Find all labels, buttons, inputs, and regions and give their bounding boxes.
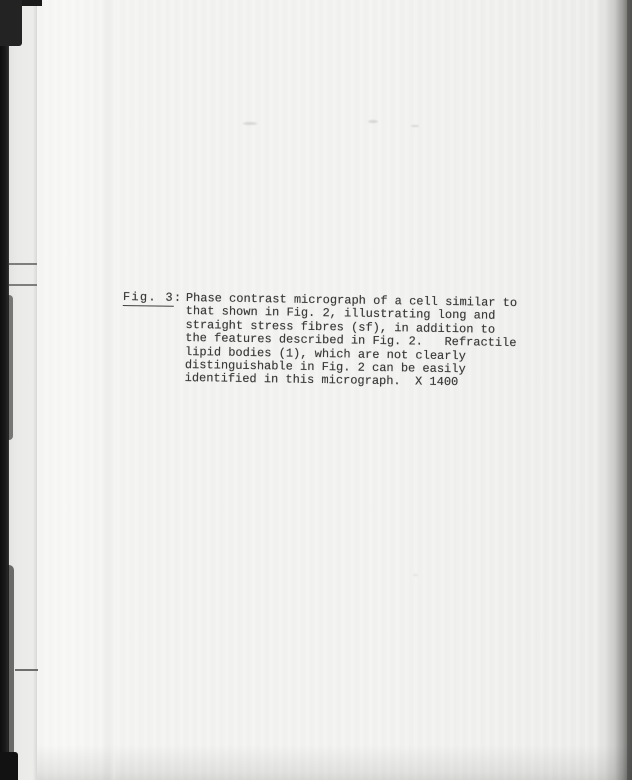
scanned-document-page: Fig. 3: Phase contrast micrograph of a c… — [0, 0, 632, 780]
figure-label: Fig. 3: — [123, 291, 183, 305]
scan-edge-rough-patch — [8, 295, 13, 440]
page-right-edge-dark-line — [627, 0, 632, 780]
paper-smudge — [243, 122, 257, 125]
paper-smudge — [368, 120, 378, 123]
figure-label-underlined-text: Fig. 3 — [123, 290, 174, 306]
page-edge-line — [15, 669, 38, 671]
paper-surface — [0, 0, 632, 780]
paper-smudge — [413, 574, 418, 576]
page-crease-shadow — [103, 0, 117, 780]
paper-smudge — [411, 125, 419, 127]
scan-edge-bottom-left-block — [0, 752, 18, 780]
scan-edge-top-left-block — [0, 0, 22, 46]
figure-caption: Fig. 3: Phase contrast micrograph of a c… — [122, 291, 518, 391]
figure-label-separator: : — [174, 291, 183, 305]
scan-edge-rough-patch — [8, 565, 14, 765]
figure-caption-text: Phase contrast micrograph of a cell simi… — [185, 292, 518, 391]
